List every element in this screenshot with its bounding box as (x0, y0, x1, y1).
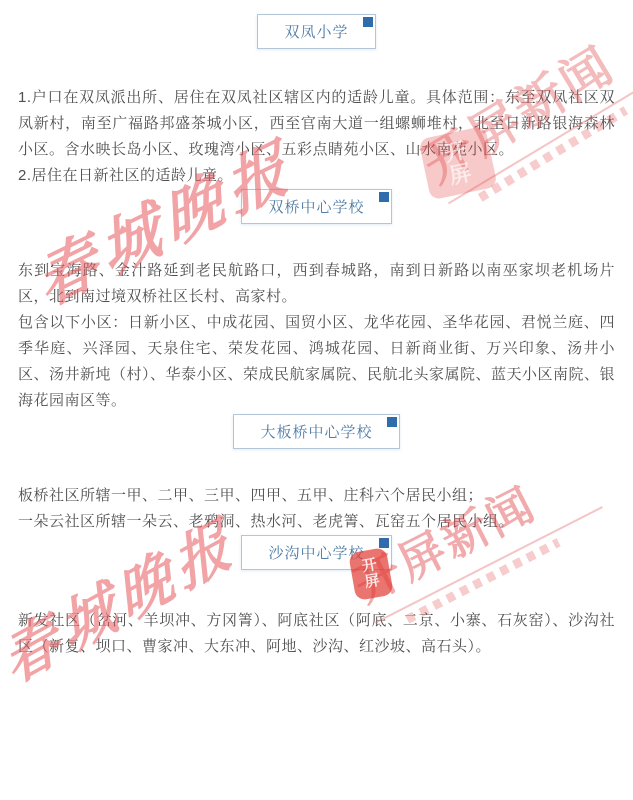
section-title-box: 沙沟中心学校 (241, 535, 391, 570)
paragraph: 东到宝海路、金汁路延到老民航路口，西到春城路，南到日新路以南巫家坝老机场片区，北… (18, 258, 615, 310)
paragraph: 新发社区（岔河、羊坝冲、方冈箐）、阿底社区（阿底、二京、小寨、石灰窑）、沙沟社区… (18, 608, 615, 660)
section-title-box: 双凤小学 (257, 14, 375, 49)
section-title: 大板桥中心学校 (260, 424, 372, 441)
article-page: 双凤小学 1.户口在双凤派出所、居住在双凤社区辖区内的适龄儿童。具体范围：东至双… (0, 0, 633, 800)
section-title: 双凤小学 (284, 24, 348, 41)
corner-square-icon (387, 417, 397, 427)
section-title: 沙沟中心学校 (268, 545, 364, 562)
article-body: 双凤小学 1.户口在双凤派出所、居住在双凤社区辖区内的适龄儿童。具体范围：东至双… (0, 0, 633, 660)
paragraph: 1.户口在双凤派出所、居住在双凤社区辖区内的适龄儿童。具体范围：东至双凤社区双凤… (18, 85, 615, 163)
section-title-box: 双桥中心学校 (241, 189, 391, 224)
corner-square-icon (363, 17, 373, 27)
paragraph: 一朵云社区所辖一朵云、老鸦洞、热水河、老虎箐、瓦窑五个居民小组。 (18, 509, 615, 535)
paragraph: 板桥社区所辖一甲、二甲、三甲、四甲、五甲、庄科六个居民小组； (18, 483, 615, 509)
corner-square-icon (379, 538, 389, 548)
corner-square-icon (379, 192, 389, 202)
section-header-shuangfeng: 双凤小学 (18, 14, 615, 49)
section-title-box: 大板桥中心学校 (233, 414, 399, 449)
section-title: 双桥中心学校 (268, 199, 364, 216)
paragraph: 2.居住在日新社区的适龄儿童。 (18, 163, 615, 189)
section-header-shuangqiao: 双桥中心学校 (18, 189, 615, 224)
section-header-dabanqiao: 大板桥中心学校 (18, 414, 615, 449)
section-header-shagou: 沙沟中心学校 (18, 535, 615, 570)
paragraph: 包含以下小区：日新小区、中成花园、国贸小区、龙华花园、圣华花园、君悦兰庭、四季华… (18, 310, 615, 414)
